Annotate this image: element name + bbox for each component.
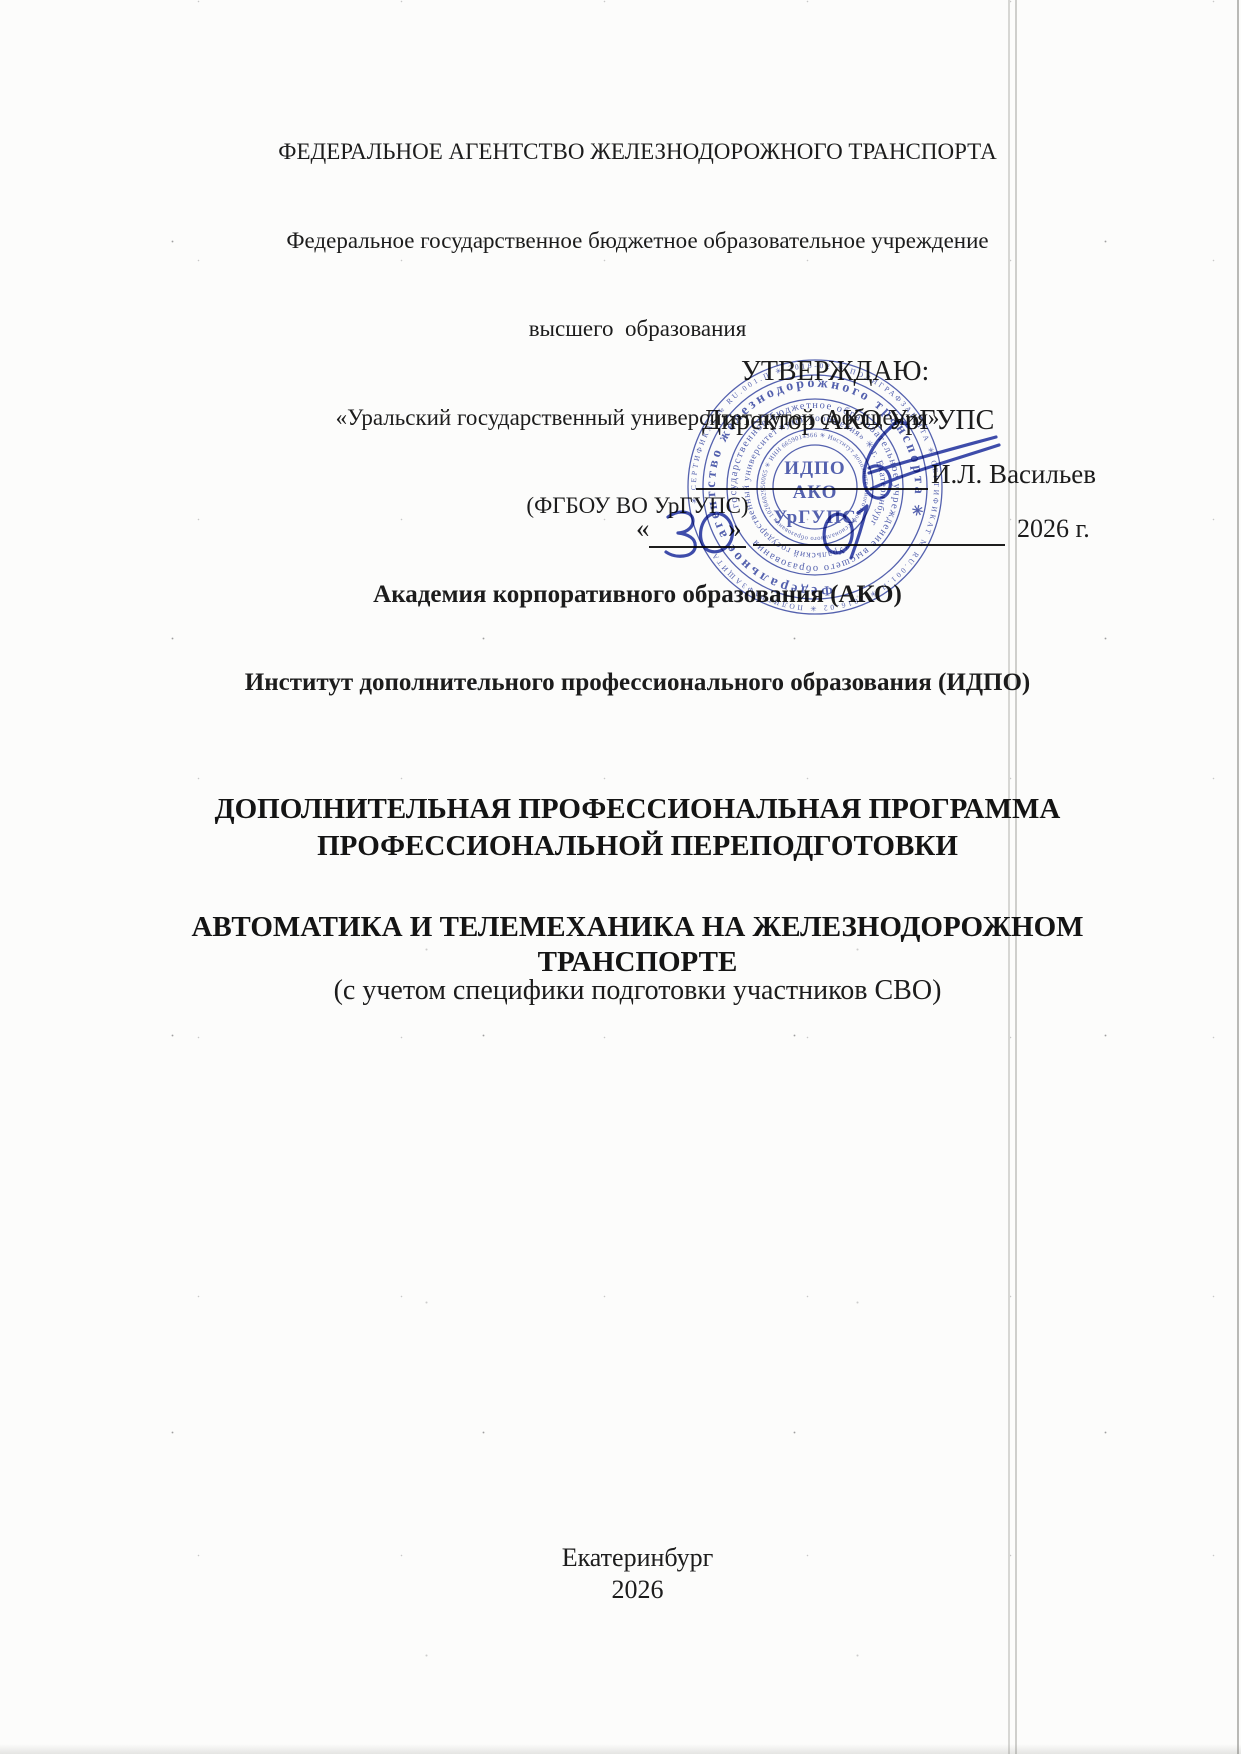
document-page: ФЕДЕРАЛЬНОЕ АГЕНТСТВО ЖЕЛЕЗНОДОРОЖНОГО Т… [0, 0, 1241, 1754]
institution-header: ФЕДЕРАЛЬНОЕ АГЕНТСТВО ЖЕЛЕЗНОДОРОЖНОГО Т… [0, 78, 1241, 757]
program-subtitle: (с учетом специфики подготовки участнико… [0, 975, 1241, 1007]
program-name-line1: АВТОМАТИКА И ТЕЛЕМЕХАНИКА НА ЖЕЛЕЗНОДОРО… [0, 911, 1241, 944]
footer-city: Екатеринбург [0, 1543, 1241, 1573]
header-university-line: «Уральский государственный университет п… [34, 403, 1241, 433]
date-year: 2026 г. [1017, 514, 1090, 544]
program-title-line2: ПРОФЕССИОНАЛЬНОЙ ПЕРЕПОДГОТОВКИ [0, 830, 1241, 863]
header-agency-line: ФЕДЕРАЛЬНОЕ АГЕНТСТВО ЖЕЛЕЗНОДОРОЖНОГО Т… [34, 137, 1241, 167]
header-institution-line: Федеральное государственное бюджетное об… [34, 226, 1241, 256]
stamp-center-idpo: ИДПО [784, 458, 845, 479]
scan-bottom-shadow [0, 1744, 1241, 1754]
header-idpo-line: Институт дополнительного профессионально… [34, 668, 1241, 698]
header-education-level-line: высшего образования [34, 314, 1241, 344]
date-open-quote: « [636, 513, 650, 544]
university-round-stamp: ✳ СЕРТИФИКАТ № RU.001.П ✳ 2016-02 ✳ ПОЛИ… [675, 347, 955, 627]
stamp-center-urgups: УрГУПС [773, 507, 856, 528]
header-academy-line: Академия корпоративного образования (АКО… [34, 580, 1241, 610]
stamp-center-ako: АКО [793, 482, 838, 503]
signatory-name: И.Л. Васильев [931, 459, 1096, 490]
program-title-line1: ДОПОЛНИТЕЛЬНАЯ ПРОФЕССИОНАЛЬНАЯ ПРОГРАММ… [0, 793, 1241, 826]
footer-year: 2026 [0, 1575, 1241, 1605]
